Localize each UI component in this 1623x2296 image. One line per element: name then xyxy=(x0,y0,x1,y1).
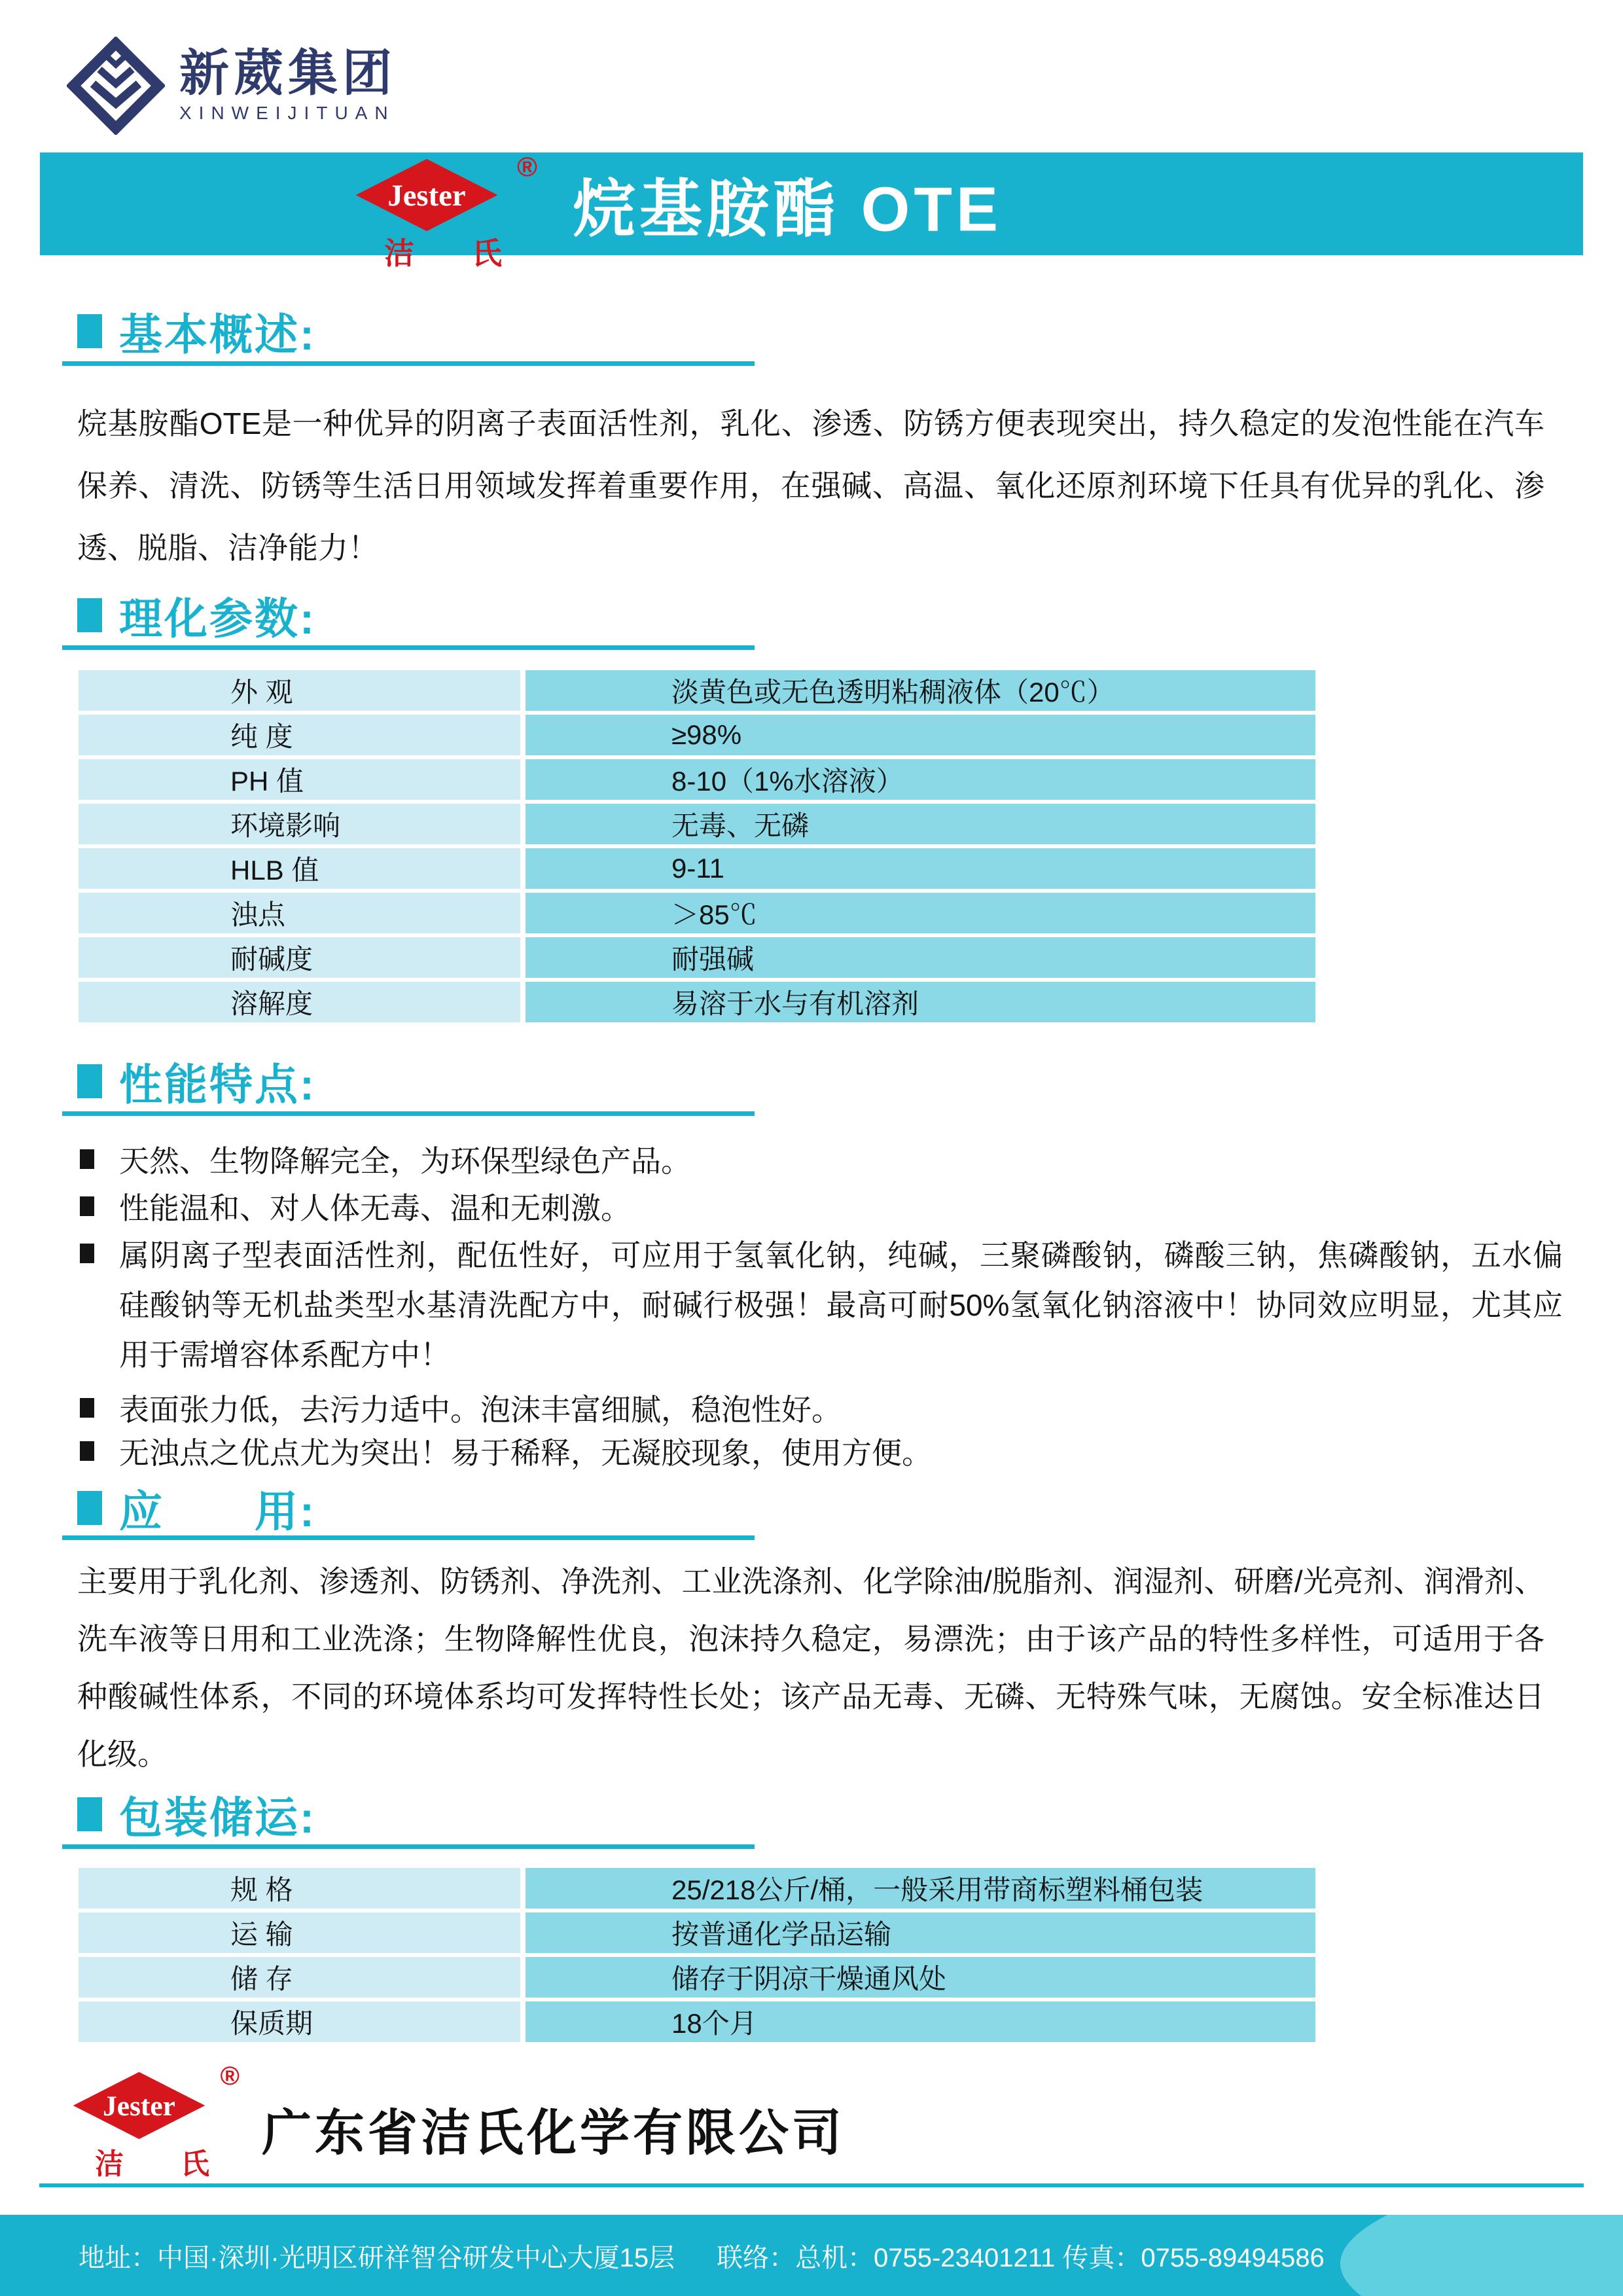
params-underline xyxy=(62,645,755,650)
table-row: 浊点 ＞85℃ xyxy=(79,893,1315,933)
overview-body: 烷基胺酯OTE是一种优异的阴离子表面活性剂，乳化、渗透、防锈方便表现突出，持久稳… xyxy=(77,393,1544,579)
feature-text: 表面张力低，去污力适中。泡沫丰富细腻，稳泡性好。 xyxy=(119,1385,842,1435)
param-label: 溶解度 xyxy=(79,982,520,1022)
table-row: PH 值 8-10（1%水溶液） xyxy=(79,759,1315,800)
section-packaging-heading: 包装储运: xyxy=(77,1783,316,1845)
company-contact: 联络：总机：0755-23401211 传真：0755-89494586 xyxy=(717,2215,1325,2296)
jester-cn-name: 洁 氏 xyxy=(95,2140,209,2182)
table-row: 耐碱度 耐强碱 xyxy=(79,937,1315,978)
params-table: 外 观 淡黄色或无色透明粘稠液体（20℃） 纯 度 ≥98% PH 值 8-10… xyxy=(79,670,1315,1026)
packaging-label: 运 输 xyxy=(79,1912,520,1953)
brand-name-en: XINWEIJITUAN xyxy=(179,103,397,124)
table-row: 纯 度 ≥98% xyxy=(79,715,1315,755)
heading-square-icon xyxy=(77,598,102,632)
bullet-square-icon xyxy=(80,1149,94,1169)
feature-item: 无浊点之优点尤为突出！易于稀释，无凝胶现象，使用方便。 xyxy=(77,1428,1563,1478)
table-row: 储 存 储存于阴凉干燥通风处 xyxy=(79,1957,1315,1998)
param-value: 无毒、无磷 xyxy=(526,804,1315,844)
brand-text: 新葳集团 XINWEIJITUAN xyxy=(179,48,397,124)
brand-name-cn: 新葳集团 xyxy=(179,48,397,100)
jester-diamond-icon: Jester xyxy=(351,158,502,232)
packaging-label: 保质期 xyxy=(79,2001,520,2042)
jester-cn-right: 氏 xyxy=(181,2140,209,2182)
table-row: 外 观 淡黄色或无色透明粘稠液体（20℃） xyxy=(79,670,1315,711)
registered-trademark-icon: ® xyxy=(221,2062,240,2091)
heading-square-icon xyxy=(77,314,102,348)
feature-text: 性能温和、对人体无毒、温和无刺激。 xyxy=(119,1183,631,1233)
param-value: 淡黄色或无色透明粘稠液体（20℃） xyxy=(526,670,1315,711)
feature-item: 性能温和、对人体无毒、温和无刺激。 xyxy=(77,1183,1563,1233)
features-heading: 性能特点: xyxy=(119,1050,316,1112)
bar-swoosh-shape xyxy=(1283,2215,1623,2296)
packaging-value: 25/218公斤/桶，一般采用带商标塑料桶包装 xyxy=(526,1868,1315,1909)
table-row: 运 输 按普通化学品运输 xyxy=(79,1912,1315,1953)
jester-logo-footer: Jester ® 洁 氏 xyxy=(69,2071,209,2176)
section-application-heading: 应 用: xyxy=(77,1477,316,1539)
table-row: HLB 值 9-11 xyxy=(79,848,1315,889)
feature-item: 表面张力低，去污力适中。泡沫丰富细腻，稳泡性好。 xyxy=(77,1385,1563,1435)
application-body: 主要用于乳化剂、渗透剂、防锈剂、净洗剂、工业洗涤剂、化学除油/脱脂剂、润湿剂、研… xyxy=(77,1552,1544,1783)
datasheet-page: 新葳集团 XINWEIJITUAN Jester ® 洁 氏 烷基胺酯 OTE … xyxy=(0,0,1623,2296)
application-heading: 应 用: xyxy=(119,1477,316,1539)
table-row: 保质期 18个月 xyxy=(79,2001,1315,2042)
company-name: 广东省洁氏化学有限公司 xyxy=(262,2093,845,2164)
packaging-heading: 包装储运: xyxy=(119,1783,316,1845)
param-label: 环境影响 xyxy=(79,804,520,844)
packaging-label: 储 存 xyxy=(79,1957,520,1998)
param-label: 浊点 xyxy=(79,893,520,933)
table-row: 溶解度 易溶于水与有机溶剂 xyxy=(79,982,1315,1022)
feature-text: 无浊点之优点尤为突出！易于稀释，无凝胶现象，使用方便。 xyxy=(119,1428,932,1478)
contact-bar: 地址：中国·深圳·光明区研祥智谷研发中心大厦15层 联络：总机：0755-234… xyxy=(0,2215,1623,2296)
packaging-value: 储存于阴凉干燥通风处 xyxy=(526,1957,1315,1998)
packaging-value: 按普通化学品运输 xyxy=(526,1912,1315,1953)
packaging-value: 18个月 xyxy=(526,2001,1315,2042)
heading-square-icon xyxy=(77,1797,102,1831)
bullet-square-icon xyxy=(80,1398,94,1418)
jester-cn-name: 洁 氏 xyxy=(384,230,502,273)
jester-logo: Jester ® 洁 氏 xyxy=(351,158,502,262)
packaging-underline xyxy=(62,1844,755,1849)
footer-divider xyxy=(39,2183,1584,2187)
registered-trademark-icon: ® xyxy=(517,151,537,183)
param-label: PH 值 xyxy=(79,759,520,800)
param-label: 纯 度 xyxy=(79,715,520,755)
jester-diamond-icon: Jester xyxy=(69,2071,209,2140)
brand-header: 新葳集团 XINWEIJITUAN xyxy=(67,37,397,135)
heading-square-icon xyxy=(77,1491,102,1525)
feature-text: 属阴离子型表面活性剂，配伍性好，可应用于氢氧化钠，纯碱，三聚磷酸钠，磷酸三钠，焦… xyxy=(119,1230,1563,1380)
bullet-square-icon xyxy=(80,1196,94,1216)
param-value: 9-11 xyxy=(526,848,1315,889)
heading-square-icon xyxy=(77,1064,102,1098)
jester-cn-left: 洁 xyxy=(384,230,414,273)
section-overview-heading: 基本概述: xyxy=(77,300,316,362)
param-value: ≥98% xyxy=(526,715,1315,755)
features-underline xyxy=(62,1111,755,1116)
param-label: 外 观 xyxy=(79,670,520,711)
jester-wordmark: Jester xyxy=(103,2090,175,2122)
application-underline xyxy=(62,1535,755,1540)
xinwei-logo-mark xyxy=(67,37,165,135)
product-title: 烷基胺酯 OTE xyxy=(573,159,1002,249)
feature-text: 天然、生物降解完全，为环保型绿色产品。 xyxy=(119,1136,691,1186)
overview-heading: 基本概述: xyxy=(119,300,316,362)
jester-cn-right: 氏 xyxy=(472,230,502,273)
packaging-label: 规 格 xyxy=(79,1868,520,1909)
param-value: ＞85℃ xyxy=(526,893,1315,933)
product-banner: Jester ® 洁 氏 烷基胺酯 OTE xyxy=(40,152,1583,255)
table-row: 规 格 25/218公斤/桶，一般采用带商标塑料桶包装 xyxy=(79,1868,1315,1909)
section-features-heading: 性能特点: xyxy=(77,1050,316,1112)
params-heading: 理化参数: xyxy=(119,584,316,646)
param-value: 8-10（1%水溶液） xyxy=(526,759,1315,800)
bullet-square-icon xyxy=(80,1244,94,1263)
bullet-square-icon xyxy=(80,1441,94,1461)
param-value: 易溶于水与有机溶剂 xyxy=(526,982,1315,1022)
table-row: 环境影响 无毒、无磷 xyxy=(79,804,1315,844)
jester-wordmark: Jester xyxy=(387,179,465,213)
feature-item: 属阴离子型表面活性剂，配伍性好，可应用于氢氧化钠，纯碱，三聚磷酸钠，磷酸三钠，焦… xyxy=(77,1230,1563,1380)
company-address: 地址：中国·深圳·光明区研祥智谷研发中心大厦15层 xyxy=(79,2215,675,2296)
feature-item: 天然、生物降解完全，为环保型绿色产品。 xyxy=(77,1136,1563,1186)
param-label: HLB 值 xyxy=(79,848,520,889)
param-value: 耐强碱 xyxy=(526,937,1315,978)
packaging-table: 规 格 25/218公斤/桶，一般采用带商标塑料桶包装 运 输 按普通化学品运输… xyxy=(79,1868,1315,2046)
section-params-heading: 理化参数: xyxy=(77,584,316,646)
overview-underline xyxy=(62,361,755,366)
param-label: 耐碱度 xyxy=(79,937,520,978)
jester-cn-left: 洁 xyxy=(95,2140,124,2182)
